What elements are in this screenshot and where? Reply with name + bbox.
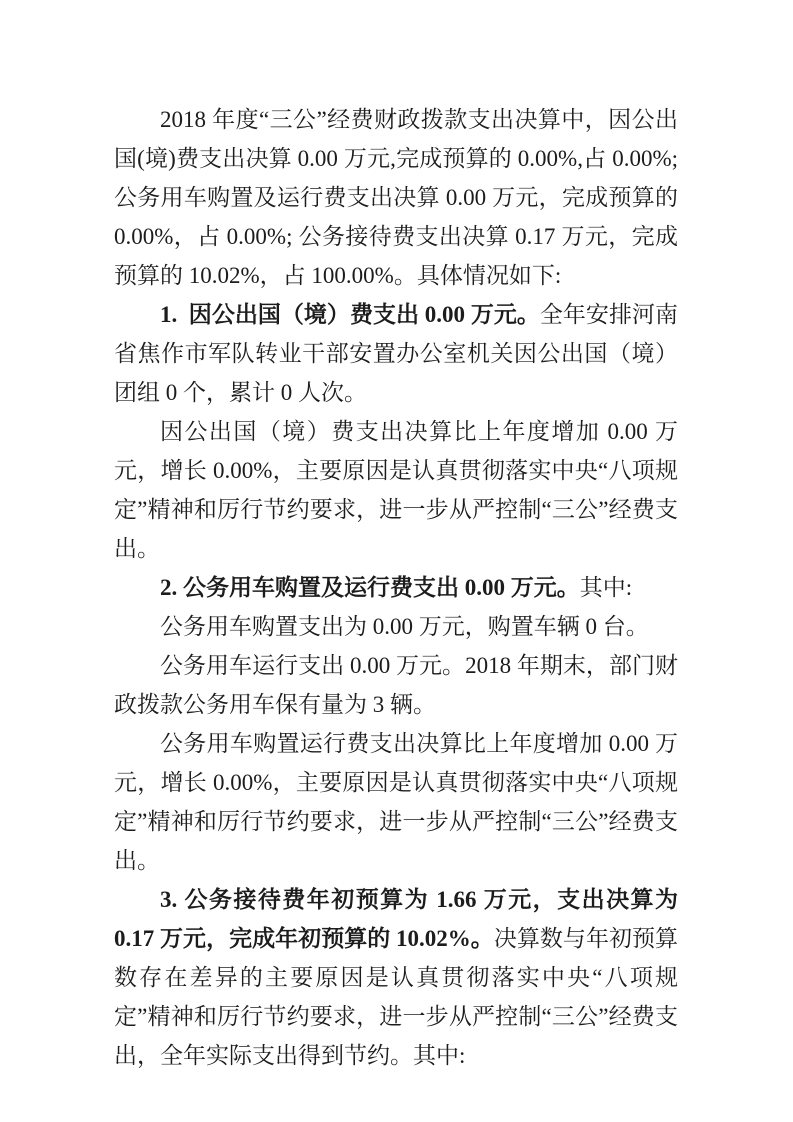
paragraph-text: 公务用车运行支出 0.00 万元。2018 年期末，部门财政拨款公务用车保有量为… [114,653,678,717]
paragraph-summary: 2018 年度“三公”经费财政拨款支出决算中，因公出国(境)费支出决算 0.00… [114,100,678,295]
paragraph-text: 公务用车购置运行费支出决算比上年度增加 0.00 万元，增长 0.00%，主要原… [114,731,678,873]
document-body: 2018 年度“三公”经费财政拨款支出决算中，因公出国(境)费支出决算 0.00… [114,100,678,1075]
paragraph-item-3-heading: 3. 公务接待费年初预算为 1.66 万元，支出决算为 0.17 万元，完成年初… [114,880,678,1075]
paragraph-text: 其中: [580,575,632,600]
paragraph-item-2-detail: 公务用车购置运行费支出决算比上年度增加 0.00 万元，增长 0.00%，主要原… [114,724,678,880]
paragraph-item-2-operation: 公务用车运行支出 0.00 万元。2018 年期末，部门财政拨款公务用车保有量为… [114,646,678,724]
document-page: 2018 年度“三公”经费财政拨款支出决算中，因公出国(境)费支出决算 0.00… [0,0,793,1122]
paragraph-item-2-heading: 2. 公务用车购置及运行费支出 0.00 万元。其中: [114,568,678,607]
paragraph-text: 2018 年度“三公”经费财政拨款支出决算中，因公出国(境)费支出决算 0.00… [114,107,678,288]
item-1-heading-bold: 1. 因公出国（境）费支出 0.00 万元。 [160,302,540,327]
paragraph-text: 因公出国（境）费支出决算比上年度增加 0.00 万元，增长 0.00%，主要原因… [114,419,678,561]
paragraph-item-2-purchase: 公务用车购置支出为 0.00 万元，购置车辆 0 台。 [114,607,678,646]
paragraph-item-1-heading: 1. 因公出国（境）费支出 0.00 万元。全年安排河南省焦作市军队转业干部安置… [114,295,678,412]
item-2-heading-bold: 2. 公务用车购置及运行费支出 0.00 万元。 [160,575,580,600]
paragraph-item-1-detail: 因公出国（境）费支出决算比上年度增加 0.00 万元，增长 0.00%，主要原因… [114,412,678,568]
paragraph-text: 公务用车购置支出为 0.00 万元，购置车辆 0 台。 [160,614,649,639]
